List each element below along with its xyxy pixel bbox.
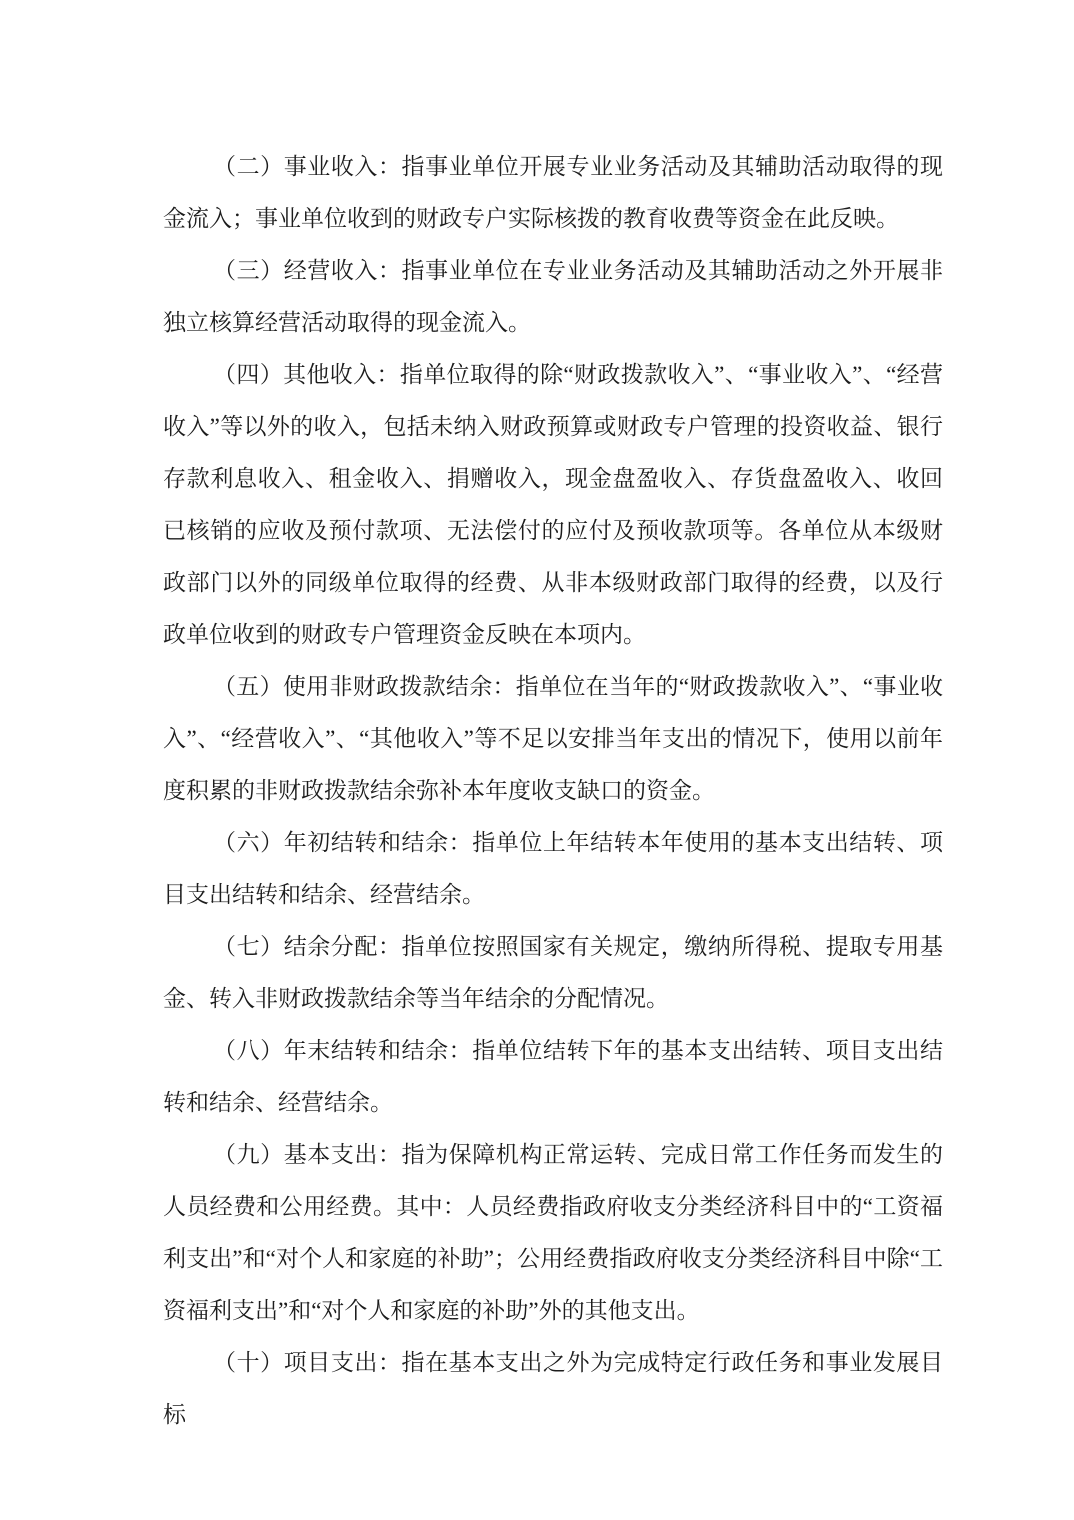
paragraph-item-3-jingying-shouru: （三）经营收入：指事业单位在专业业务活动及其辅助活动之外开展非独立核算经营活动取… (163, 245, 943, 349)
document-body: （二）事业收入：指事业单位开展专业业务活动及其辅助活动取得的现金流入；事业单位收… (163, 141, 943, 1441)
paragraph-item-9-jiben-zhichu: （九）基本支出：指为保障机构正常运转、完成日常工作任务而发生的人员经费和公用经费… (163, 1129, 943, 1337)
paragraph-item-6-nianchu-jiezhuan-he-jieyu: （六）年初结转和结余：指单位上年结转本年使用的基本支出结转、项目支出结转和结余、… (163, 817, 943, 921)
paragraph-item-4-qita-shouru: （四）其他收入：指单位取得的除“财政拨款收入”、“事业收入”、“经营收入”等以外… (163, 349, 943, 661)
paragraph-item-8-nianmo-jiezhuan-he-jieyu: （八）年末结转和结余：指单位结转下年的基本支出结转、项目支出结转和结余、经营结余… (163, 1025, 943, 1129)
paragraph-item-7-jieyu-fenpei: （七）结余分配：指单位按照国家有关规定，缴纳所得税、提取专用基金、转入非财政拨款… (163, 921, 943, 1025)
paragraph-item-5-shiyong-fei-caizheng-bokuan-jieyu: （五）使用非财政拨款结余：指单位在当年的“财政拨款收入”、“事业收入”、“经营收… (163, 661, 943, 817)
document-page: （二）事业收入：指事业单位开展专业业务活动及其辅助活动取得的现金流入；事业单位收… (0, 0, 1074, 1520)
paragraph-item-2-shiye-shouru: （二）事业收入：指事业单位开展专业业务活动及其辅助活动取得的现金流入；事业单位收… (163, 141, 943, 245)
paragraph-item-10-xiangmu-zhichu: （十）项目支出：指在基本支出之外为完成特定行政任务和事业发展目标 (163, 1337, 943, 1441)
